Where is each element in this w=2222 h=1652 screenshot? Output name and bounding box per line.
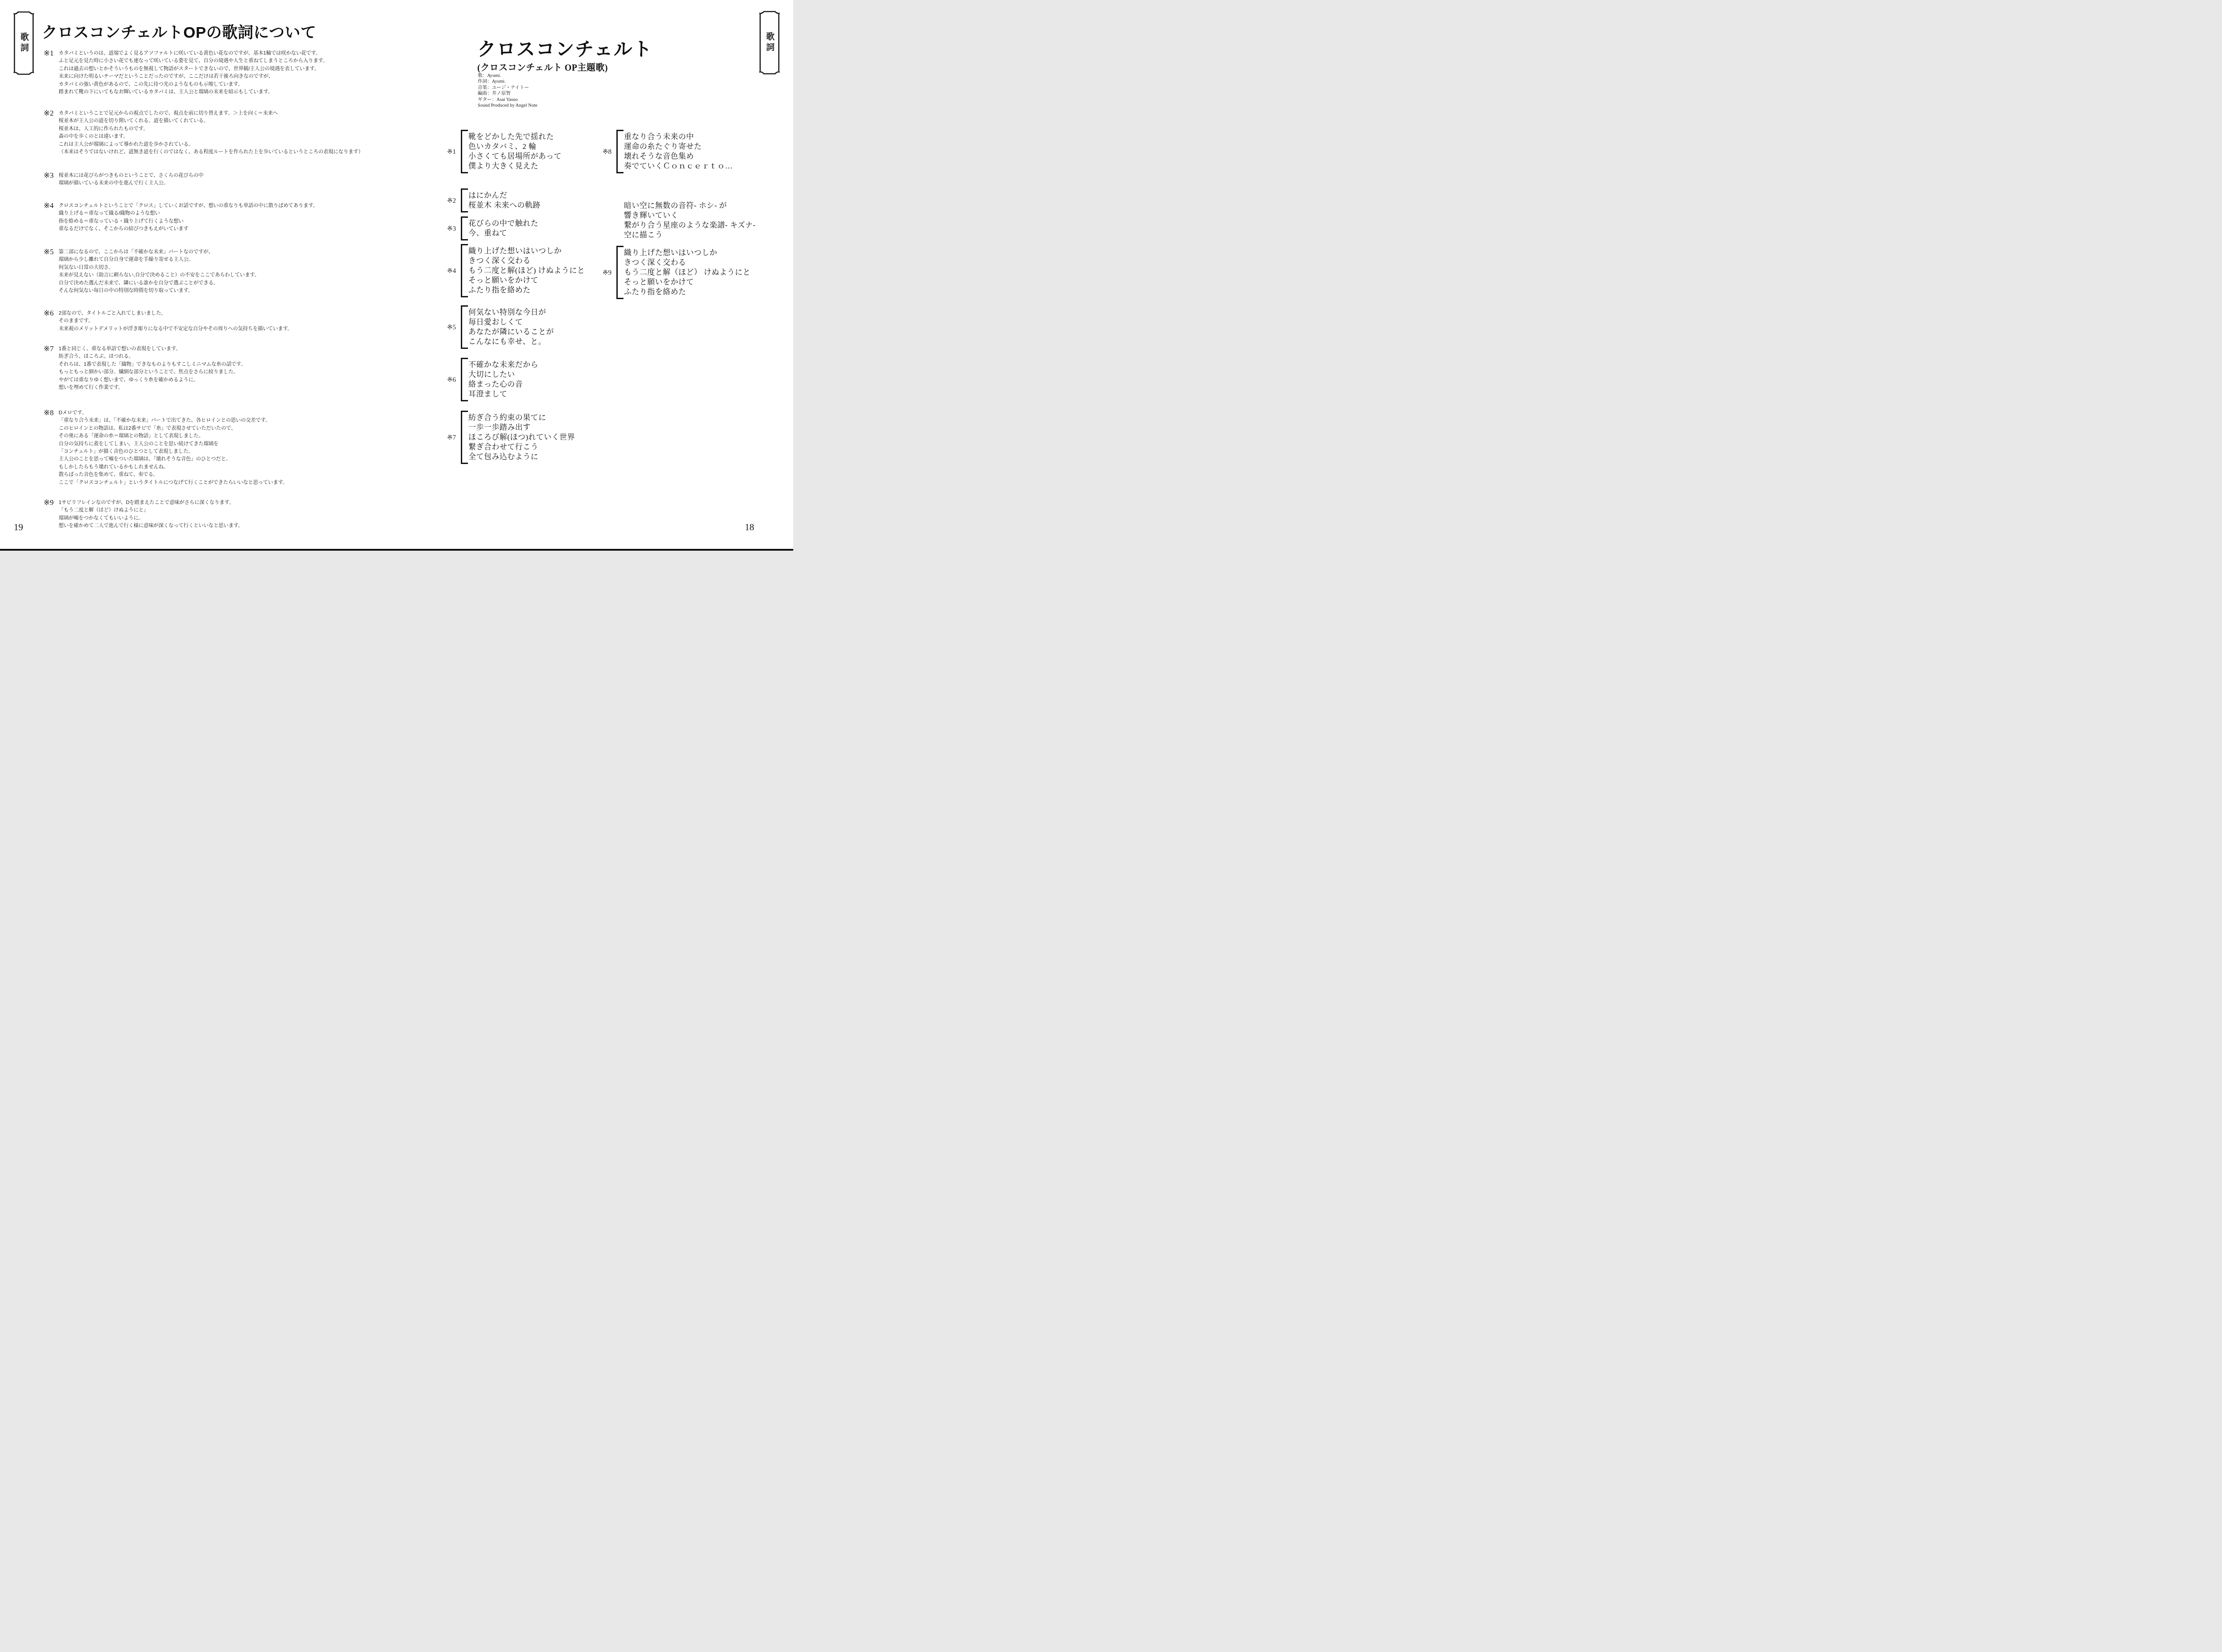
lyric-line: 運命の糸たぐり寄せた — [624, 142, 733, 152]
note-block: ※62部なので、タイトルごと入れてしまいました。そのままです。未来視のメリットデ… — [44, 310, 426, 333]
lyric-line: 一歩一歩踏み出す — [468, 423, 575, 432]
note-lines: 1番と同じく、重なる単語で想いの表現をしています。紡ぎ合う、ほころぶ、ほつれる。… — [59, 345, 426, 392]
note-line: （本来はそうではないけれど、道無き道を行くのではなく、ある程度ルートを作られた上… — [59, 148, 426, 156]
credit-line: Sound Produced by Angel Note — [478, 103, 537, 108]
lyrics-stanza: ※8重なり合う未来の中運命の糸たぐり寄せた壊れそうな音色集め奏でていくＣｏｎｃｅ… — [603, 130, 755, 173]
lyric-line: 毎日愛おしくて — [468, 317, 554, 327]
lyric-line: 重なり合う未来の中 — [624, 132, 733, 142]
note-line: 第二部になるので、ここからは「不確かな未来」パートなのですが、 — [59, 248, 426, 256]
note-line: Dメロです。 — [59, 409, 426, 417]
lyric-line: 繋がり合う星座のような楽譜- キズナ- — [624, 220, 755, 230]
tab-label: 歌詞 — [13, 11, 34, 76]
lyric-line: 繋ぎ合わせて行こう — [468, 442, 575, 452]
note-line: それらは、1番で表現した「織物」できなものよりもすこしミニマムな糸の話です。 — [59, 361, 426, 368]
note-line: 未来視のメリットデメリットが浮き彫りになる中で不安定な自分やその周りへの気持ちを… — [59, 325, 426, 333]
note-line: ここで「クロスコンチェルト」というタイトルにつなげて行くことができたらいいなと思… — [59, 479, 426, 487]
note-line: 指を絡める＝重なっている・織り上げて行くような想い — [59, 218, 426, 225]
lyric-line: 空に描こう — [624, 230, 755, 240]
lyrics-stanza: ※7紡ぎ合う約束の果てに一歩一歩踏み出すほころび解(ほつ)れていく世界繋ぎ合わせ… — [447, 411, 585, 464]
stanza-bracket-lines: 重なり合う未来の中運命の糸たぐり寄せた壊れそうな音色集め奏でていくＣｏｎｃｅｒｔ… — [616, 130, 733, 173]
note-line: 何気ない日常の大切さ。 — [59, 264, 426, 272]
note-line: カタバミということで足元からの視点でしたので、視点を前に切り替えます。＞上を向く… — [59, 110, 426, 117]
stanza-bracket-lines: 紡ぎ合う約束の果てに一歩一歩踏み出すほころび解(ほつ)れていく世界繋ぎ合わせて行… — [461, 411, 575, 464]
note-block: ※4クロスコンチェルトということで「クロス」していくお話ですが、想いの重なりも単… — [44, 202, 426, 233]
lyrics-stanza: ※3花びらの中で触れた今、重ねて — [447, 216, 585, 240]
note-line: 未来に向けた明るいテーマだということだったのですが、ここだけは若干後ろ向きなので… — [59, 73, 426, 80]
note-line: ふと足元を見た時に小さい花でも連なって咲いている姿を見て、自分の境遇や人生と重ね… — [59, 57, 426, 65]
lyrics-section-tab-right: 歌詞 — [759, 10, 780, 75]
credit-line: ギター：Asai Yasuo — [478, 97, 537, 103]
note-lines: カタバミというのは、道端でよく見るアソファルトに咲いている黄色い花なのですが、基… — [59, 50, 426, 96]
credit-line: 作詞：Ayumi. — [478, 79, 537, 84]
page-number-right: 18 — [745, 522, 754, 533]
lyric-line: 色いカタバミ、2 輪 — [468, 142, 562, 152]
lyric-line: 僕より大きく見えた — [468, 161, 562, 171]
note-line: 自分の気持ちに蓋をしてしまい、主人公のことを思い続けてきた瑠璃を — [59, 440, 426, 448]
note-line: 1番と同じく、重なる単語で想いの表現をしています。 — [59, 345, 426, 353]
stanza-bracket-lines: 花びらの中で触れた今、重ねて — [461, 216, 539, 240]
stanza-bracket-lines: 何気ない特別な今日が毎日愛おしくてあなたが隣にいることがこんなにも幸せ、と。 — [461, 305, 554, 349]
note-line: 紡ぎ合う、ほころぶ、ほつれる。 — [59, 353, 426, 360]
note-label: ※7 — [44, 344, 54, 353]
lyrics-stanza: ※2はにかんだ桜並木 未来への軌跡 — [447, 188, 585, 212]
credit-line: 歌：Ayumi. — [478, 73, 537, 79]
lyrics-stanza: ※6不確かな未来だから大切にしたい絡まった心の音耳澄まして — [447, 358, 585, 401]
stanza-label: ※9 — [603, 268, 615, 277]
song-subtitle: (クロスコンチェルト OP主題歌) — [477, 60, 608, 73]
note-label: ※1 — [44, 49, 54, 58]
note-lines: 1サビリフレインなのですが、Dを踏まえたことで意味がさらに深くなります。「もう二… — [59, 499, 426, 530]
note-line: クロスコンチェルトということで「クロス」していくお話ですが、想いの重なりも単語の… — [59, 202, 426, 210]
note-line: 瑠璃から少し離れて自分自身で運命を手繰り寄せる主人公。 — [59, 256, 426, 264]
note-line: 重なるだけでなく、そこからの結びつきもえがいています — [59, 225, 426, 233]
note-line: 未来が見えない（助言に頼らない,自分で決めること）の不安をここであらわしています… — [59, 272, 426, 279]
note-line: もしかしたらもう壊れているかもしれませんね。 — [59, 464, 426, 471]
note-line: 1サビリフレインなのですが、Dを踏まえたことで意味がさらに深くなります。 — [59, 499, 426, 507]
note-line: このヒロインとの物語は、私は2番サビで「糸」で表現させていただいたので、 — [59, 425, 426, 432]
note-line: 瑠璃が嘘をつかなくてもいいように。 — [59, 515, 426, 522]
note-lines: カタバミということで足元からの視点でしたので、視点を前に切り替えます。＞上を向く… — [59, 110, 426, 156]
note-lines: 2部なので、タイトルごと入れてしまいました。そのままです。未来視のメリットデメリ… — [59, 310, 426, 333]
song-credits: 歌：Ayumi.作詞：Ayumi.音楽：ユージ・ナイトー編曲：井ノ原智ギター：A… — [478, 73, 537, 108]
lyric-line: 耳澄まして — [468, 389, 539, 399]
bottom-edge-bar — [0, 549, 793, 551]
lyric-line: 全て包み込むように — [468, 452, 575, 462]
note-line: 「重なり合う未来」は、「不確かな未来」パートで出てきた、各ヒロインとの思いの交差… — [59, 417, 426, 424]
lyric-line: 今、重ねて — [468, 228, 539, 238]
lyric-line: 大切にしたい — [468, 370, 539, 380]
note-line: 桜並木には花びらがつきものということで、さくらの花びらの中 — [59, 172, 426, 180]
note-line: 桜並木は、人工的に作られたものです。 — [59, 125, 426, 133]
note-line: 森の中を歩くのとは違います。 — [59, 133, 426, 140]
stanza-plain-lines: 暗い空に無数の音符- ホシ- が響き輝いていく繋がり合う星座のような楽譜- キズ… — [616, 199, 755, 242]
lyric-line: 桜並木 未来への軌跡 — [468, 200, 540, 210]
note-block: ※1カタバミというのは、道端でよく見るアソファルトに咲いている黄色い花なのですが… — [44, 50, 426, 96]
note-line: 桜並木が主人公の道を切り開いてくれる。道を描いてくれている。 — [59, 117, 426, 125]
lyric-line: ふたり指を絡めた — [624, 287, 751, 297]
booklet-spread: 歌詞 歌詞 クロスコンチェルトOPの歌詞について ※1カタバミというのは、道端で… — [0, 0, 793, 551]
lyric-line: あなたが隣にいることが — [468, 327, 554, 337]
lyric-line: 織り上げた想いはいつしか — [468, 246, 585, 256]
stanza-label: ※4 — [447, 267, 459, 275]
note-label: ※4 — [44, 201, 54, 210]
note-line: 織り上げる＝重なって織る/織物のような想い — [59, 210, 426, 217]
stanza-bracket-lines: はにかんだ桜並木 未来への軌跡 — [461, 188, 540, 212]
lyric-line: 絡まった心の音 — [468, 380, 539, 389]
stanza-label: ※6 — [447, 376, 459, 384]
lyrics-stanza: ※9織り上げた想いはいつしかきつく深く交わるもう二度と解（ほど） けぬようにとそ… — [603, 246, 755, 299]
note-line: カタバミというのは、道端でよく見るアソファルトに咲いている黄色い花なのですが、基… — [59, 50, 426, 57]
stanza-bracket-lines: 靴をどかした先で揺れた色いカタバミ、2 輪小さくても居場所があって僕より大きく見… — [461, 130, 562, 173]
lyric-line: 小さくても居場所があって — [468, 152, 562, 161]
credit-line: 音楽：ユージ・ナイトー — [478, 85, 537, 91]
lyric-line: 奏でていくＣｏｎｃｅｒｔｏ… — [624, 161, 733, 171]
note-block: ※71番と同じく、重なる単語で想いの表現をしています。紡ぎ合う、ほころぶ、ほつれ… — [44, 345, 426, 392]
lyric-line: きつく深く交わる — [624, 258, 751, 268]
note-line: カタバミの強い黄色があるので、この先に待つ光のようなものも示唆しています。 — [59, 81, 426, 88]
lyric-line: もう二度と解（ほど） けぬようにと — [624, 268, 751, 277]
lyric-line: もう二度と解(ほど) けぬようにと — [468, 266, 585, 276]
note-line: これは主人公が瑠璃によって導かれた道を歩かされている。 — [59, 141, 426, 148]
note-lines: 第二部になるので、ここからは「不確かな未来」パートなのですが、瑠璃から少し離れて… — [59, 248, 426, 295]
stanza-label: ※5 — [447, 323, 459, 332]
lyric-line: 暗い空に無数の音符- ホシ- が — [624, 201, 755, 211]
stanza-bracket-lines: 織り上げた想いはいつしかきつく深く交わるもう二度と解（ほど） けぬようにとそっと… — [616, 246, 751, 299]
lyric-line: 響き輝いていく — [624, 211, 755, 220]
note-line: 「もう二度と解（ほど）けぬようにと」 — [59, 507, 426, 514]
note-line: そのままです。 — [59, 317, 426, 325]
tab-label: 歌詞 — [759, 10, 780, 75]
lyric-line: ほころび解(ほつ)れていく世界 — [468, 432, 575, 442]
lyrics-section-tab-left: 歌詞 — [13, 11, 34, 76]
note-lines: Dメロです。「重なり合う未来」は、「不確かな未来」パートで出てきた、各ヒロインと… — [59, 409, 426, 487]
lyrics-stanza: 暗い空に無数の音符- ホシ- が響き輝いていく繋がり合う星座のような楽譜- キズ… — [603, 199, 755, 242]
note-line: 散らばった音色を集めて、重ねて、奏でる。 — [59, 471, 426, 479]
note-line: やがては重なりゆく想いまで、ゆっくり糸を確かめるように。 — [59, 376, 426, 384]
lyric-line: ふたり指を絡めた — [468, 285, 585, 295]
note-line: 踏まれて靴の下にいてもなお輝いているカタバミは、主人公と瑠璃の未来を暗示もしてい… — [59, 88, 426, 96]
note-lines: 桜並木には花びらがつきものということで、さくらの花びらの中瑠璃が描いている未来の… — [59, 172, 426, 188]
lyric-line: こんなにも幸せ、と。 — [468, 337, 554, 347]
note-line: 想いを確かめて二人で進んで行く様に意味が深くなって行くといいなと思います。 — [59, 522, 426, 530]
lyric-line: 壊れそうな音色集め — [624, 152, 733, 161]
lyrics-stanza: ※4織り上げた想いはいつしかきつく深く交わるもう二度と解(ほど) けぬようにとそ… — [447, 244, 585, 297]
note-line: もっともっと細かい部分。繊細な部分ということで、焦点をさらに絞りました。 — [59, 368, 426, 376]
note-label: ※2 — [44, 109, 54, 118]
note-line: 自分で決めた選んだ未来で、隣にいる誰かを自分で選ぶことができる。 — [59, 280, 426, 287]
note-block: ※91サビリフレインなのですが、Dを踏まえたことで意味がさらに深くなります。「も… — [44, 499, 426, 530]
lyrics-stanza: ※1靴をどかした先で揺れた色いカタバミ、2 輪小さくても居場所があって僕より大き… — [447, 130, 585, 173]
lyrics-column-1: ※1靴をどかした先で揺れた色いカタバミ、2 輪小さくても居場所があって僕より大き… — [447, 130, 585, 464]
lyric-line: 何気ない特別な今日が — [468, 308, 554, 317]
note-line: 2部なので、タイトルごと入れてしまいました。 — [59, 310, 426, 317]
note-block: ※3桜並木には花びらがつきものということで、さくらの花びらの中瑠璃が描いている未… — [44, 172, 426, 188]
note-lines: クロスコンチェルトということで「クロス」していくお話ですが、想いの重なりも単語の… — [59, 202, 426, 233]
note-block: ※2カタバミということで足元からの視点でしたので、視点を前に切り替えます。＞上を… — [44, 110, 426, 156]
lyric-line: はにかんだ — [468, 191, 540, 200]
page-number-left: 19 — [14, 522, 23, 533]
lyric-line: 靴をどかした先で揺れた — [468, 132, 562, 142]
lyric-line: 不確かな未来だから — [468, 360, 539, 370]
song-title: クロスコンチェルト — [477, 35, 653, 61]
lyric-line: きつく深く交わる — [468, 256, 585, 266]
note-block: ※5第二部になるので、ここからは「不確かな未来」パートなのですが、瑠璃から少し離… — [44, 248, 426, 295]
note-line: そんな何気ない毎日の中の特別な時間を切り取っています。 — [59, 287, 426, 295]
stanza-label: ※3 — [447, 224, 459, 233]
note-line: その奥にある「運命の糸＝瑠璃との物語」として表現しました。 — [59, 432, 426, 440]
stanza-bracket-lines: 織り上げた想いはいつしかきつく深く交わるもう二度と解(ほど) けぬようにとそっと… — [461, 244, 585, 297]
credit-line: 編曲：井ノ原智 — [478, 91, 537, 96]
lyric-line: 紡ぎ合う約束の果てに — [468, 413, 575, 423]
lyric-line: 織り上げた想いはいつしか — [624, 248, 751, 258]
left-page-title: クロスコンチェルトOPの歌詞について — [42, 20, 316, 43]
note-label: ※3 — [44, 171, 54, 180]
note-label: ※5 — [44, 248, 54, 256]
lyric-line: そっと願いをかけて — [624, 277, 751, 287]
stanza-label: ※7 — [447, 433, 459, 442]
lyric-line: 花びらの中で触れた — [468, 219, 539, 228]
note-line: これは過去の想いとかそういうものを無視して物語がスタートできないので、世界観/主… — [59, 65, 426, 73]
note-label: ※6 — [44, 309, 54, 318]
stanza-label: ※2 — [447, 196, 459, 205]
stanza-label: ※8 — [603, 148, 615, 156]
stanza-label: ※1 — [447, 148, 459, 156]
stanza-bracket-lines: 不確かな未来だから大切にしたい絡まった心の音耳澄まして — [461, 358, 539, 401]
note-line: 瑠璃が描いている未来の中を進んで行く主人公。 — [59, 180, 426, 187]
note-line: 主人公のことを思って嘘をついた瑠璃は、「壊れそうな音色」のひとつだと。 — [59, 456, 426, 463]
lyrics-stanza: ※5何気ない特別な今日が毎日愛おしくてあなたが隣にいることがこんなにも幸せ、と。 — [447, 305, 585, 349]
note-label: ※8 — [44, 408, 54, 417]
lyrics-column-2: ※8重なり合う未来の中運命の糸たぐり寄せた壊れそうな音色集め奏でていくＣｏｎｃｅ… — [603, 130, 755, 299]
note-line: 「コンチェルト」が描く音色のひとつとして表現しました。 — [59, 448, 426, 456]
note-block: ※8Dメロです。「重なり合う未来」は、「不確かな未来」パートで出てきた、各ヒロイ… — [44, 409, 426, 487]
lyric-line: そっと願いをかけて — [468, 276, 585, 285]
note-line: 想いを埋めて行く作業です。 — [59, 384, 426, 392]
note-label: ※9 — [44, 498, 54, 507]
